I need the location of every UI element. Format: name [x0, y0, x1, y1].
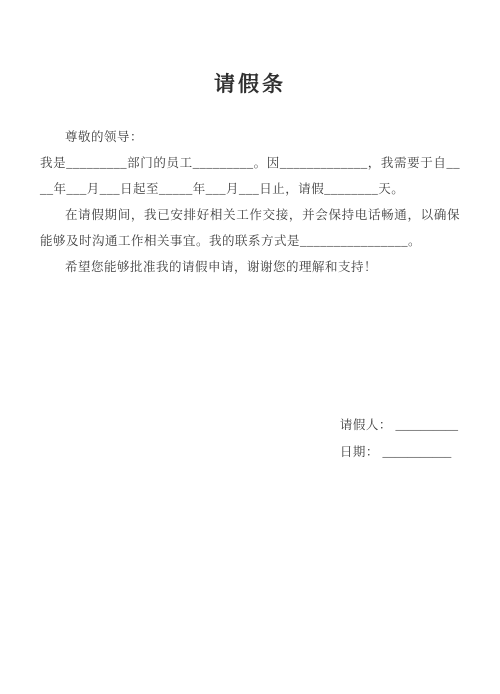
signature-date-blank: ___________: [383, 439, 452, 466]
signature-date-row: 日期： ___________: [340, 439, 458, 466]
document-content: 请假条 尊敬的领导： 我是_________部门的员工_________。因__…: [0, 0, 500, 466]
document-title: 请假条: [40, 66, 460, 102]
signature-name-row: 请假人： __________: [340, 412, 458, 439]
salutation-line: 尊敬的领导：: [40, 124, 460, 150]
paragraph-work-handover: 在请假期间，我已安排好相关工作交接，并会保持电话畅通，以确保能够及时沟通工作相关…: [40, 202, 460, 254]
paragraph-closing: 希望您能够批准我的请假申请，谢谢您的理解和支持！: [40, 254, 460, 280]
leave-request-document: 请假条 尊敬的领导： 我是_________部门的员工_________。因__…: [0, 0, 500, 694]
paragraph-leave-request: 我是_________部门的员工_________。因_____________…: [40, 150, 460, 202]
signature-name-label: 请假人：: [340, 412, 392, 439]
signature-name-blank: __________: [396, 412, 459, 439]
signature-block: 请假人： __________ 日期： ___________: [340, 412, 458, 466]
document-body: 尊敬的领导： 我是_________部门的员工_________。因______…: [40, 124, 460, 280]
signature-date-label: 日期：: [340, 439, 379, 466]
